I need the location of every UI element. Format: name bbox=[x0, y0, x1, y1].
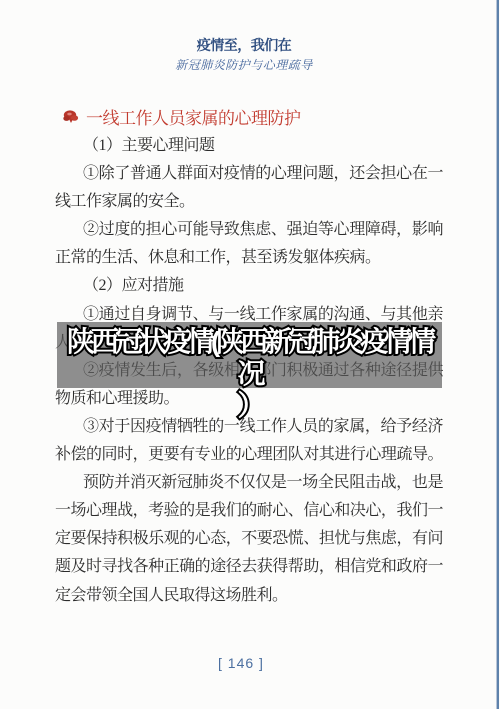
body-line: 一场心理战，考验的是我们的耐心、信心和决心，我们一 bbox=[55, 497, 443, 525]
body-line: （1）主要心理问题 bbox=[55, 132, 443, 160]
body-line: 定要保持积极乐观的心态，不要恐慌、担忧与焦虑，有问 bbox=[55, 525, 443, 553]
watermark-text: 陕西冠状疫情(陕西新冠肺炎疫情情况 ） bbox=[57, 326, 442, 422]
watermark-line-2: ） bbox=[57, 390, 442, 422]
body-line: （2）应对措施 bbox=[55, 272, 443, 300]
page-header: 疫情至，我们在 新冠肺炎防护与心理疏导 bbox=[0, 38, 488, 73]
page-number: [ 146 ] bbox=[0, 655, 482, 671]
body-line: ②过度的担心可能导致焦虑、强迫等心理障碍，影响 bbox=[55, 216, 443, 244]
body-line: 题及时寻找各种正确的途径去获得帮助，相信党和政府一 bbox=[55, 553, 443, 581]
body-line: 补偿的同时，更要有专业的心理团队对其进行心理疏导。 bbox=[55, 441, 443, 469]
section-heading: 一线工作人员家属的心理防护 bbox=[86, 104, 301, 129]
watermark-line-1: 陕西冠状疫情(陕西新冠肺炎疫情情况 bbox=[57, 326, 442, 390]
body-line: ①除了普通人群面对疫情的心理问题，还会担心在一 bbox=[55, 160, 443, 188]
book-title: 疫情至，我们在 bbox=[0, 38, 488, 55]
body-line: 正常的生活、休息和工作，甚至诱发躯体疾病。 bbox=[55, 244, 443, 272]
book-subtitle: 新冠肺炎防护与心理疏导 bbox=[0, 58, 488, 73]
body-line: 定会带领全国人民取得这场胜利。 bbox=[55, 582, 443, 610]
book-page: { "header": { "title": "疫情至，我们在", "subti… bbox=[0, 0, 500, 709]
section-heading-row: 一线工作人员家属的心理防护 bbox=[62, 106, 301, 126]
red-rose-icon bbox=[62, 109, 79, 124]
body-line: 预防并消灭新冠肺炎不仅仅是一场全民阻击战，也是 bbox=[55, 469, 443, 497]
body-line: 线工作家属的安全。 bbox=[55, 188, 443, 216]
page-edge-line bbox=[496, 0, 499, 709]
